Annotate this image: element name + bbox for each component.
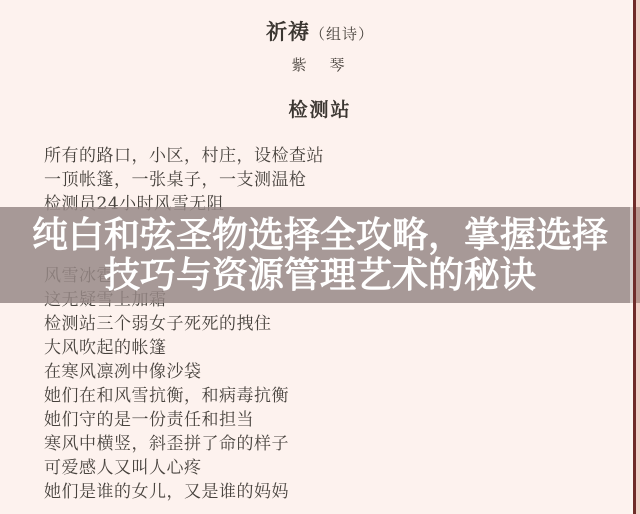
poem-line: 寒风中横竖，斜歪拼了命的样子 (44, 432, 620, 456)
poem-line: 所有的路口，小区，村庄，设检查站 (44, 144, 620, 168)
poem-line: 她们守的是一份责任和担当 (44, 408, 620, 432)
poem-line: 可爱感人又叫人心疼 (44, 456, 620, 480)
poem-title-qualifier: （组诗） (310, 25, 374, 43)
poem-body: 所有的路口，小区，村庄，设检查站 一顶帐篷，一张桌子，一支测温枪 检测员24小时… (44, 144, 620, 504)
poem-line: 大风吹起的帐篷 (44, 336, 620, 360)
section-heading: 检测站 (0, 99, 640, 121)
headline-overlay-band: 纯白和弦圣物选择全攻略，掌握选择 技巧与资源管理艺术的秘诀 (0, 207, 640, 303)
page-edge-outer-strip (636, 0, 640, 514)
poem-title: 祈祷 (266, 19, 310, 44)
headline-line-2: 技巧与资源管理艺术的秘诀 (0, 255, 640, 295)
poem-line: 她们在和风雪抗衡，和病毒抗衡 (44, 384, 620, 408)
poem-line: 一顶帐篷，一张桌子，一支测温枪 (44, 168, 620, 192)
document-page: 祈祷（组诗） 紫 琴 检测站 所有的路口，小区，村庄，设检查站 一顶帐篷，一张桌… (0, 0, 640, 514)
poem-title-row: 祈祷（组诗） (0, 20, 640, 46)
poem-line: 在寒风凛冽中像沙袋 (44, 360, 620, 384)
page-edge-line (633, 0, 636, 514)
poem-author: 紫 琴 (0, 55, 640, 75)
headline-line-1: 纯白和弦圣物选择全攻略，掌握选择 (0, 215, 640, 255)
poem-line: 她们是谁的女儿，又是谁的妈妈 (44, 480, 620, 504)
poem-line: 检测站三个弱女子死死的拽住 (44, 312, 620, 336)
document-header: 祈祷（组诗） 紫 琴 检测站 (0, 20, 640, 121)
